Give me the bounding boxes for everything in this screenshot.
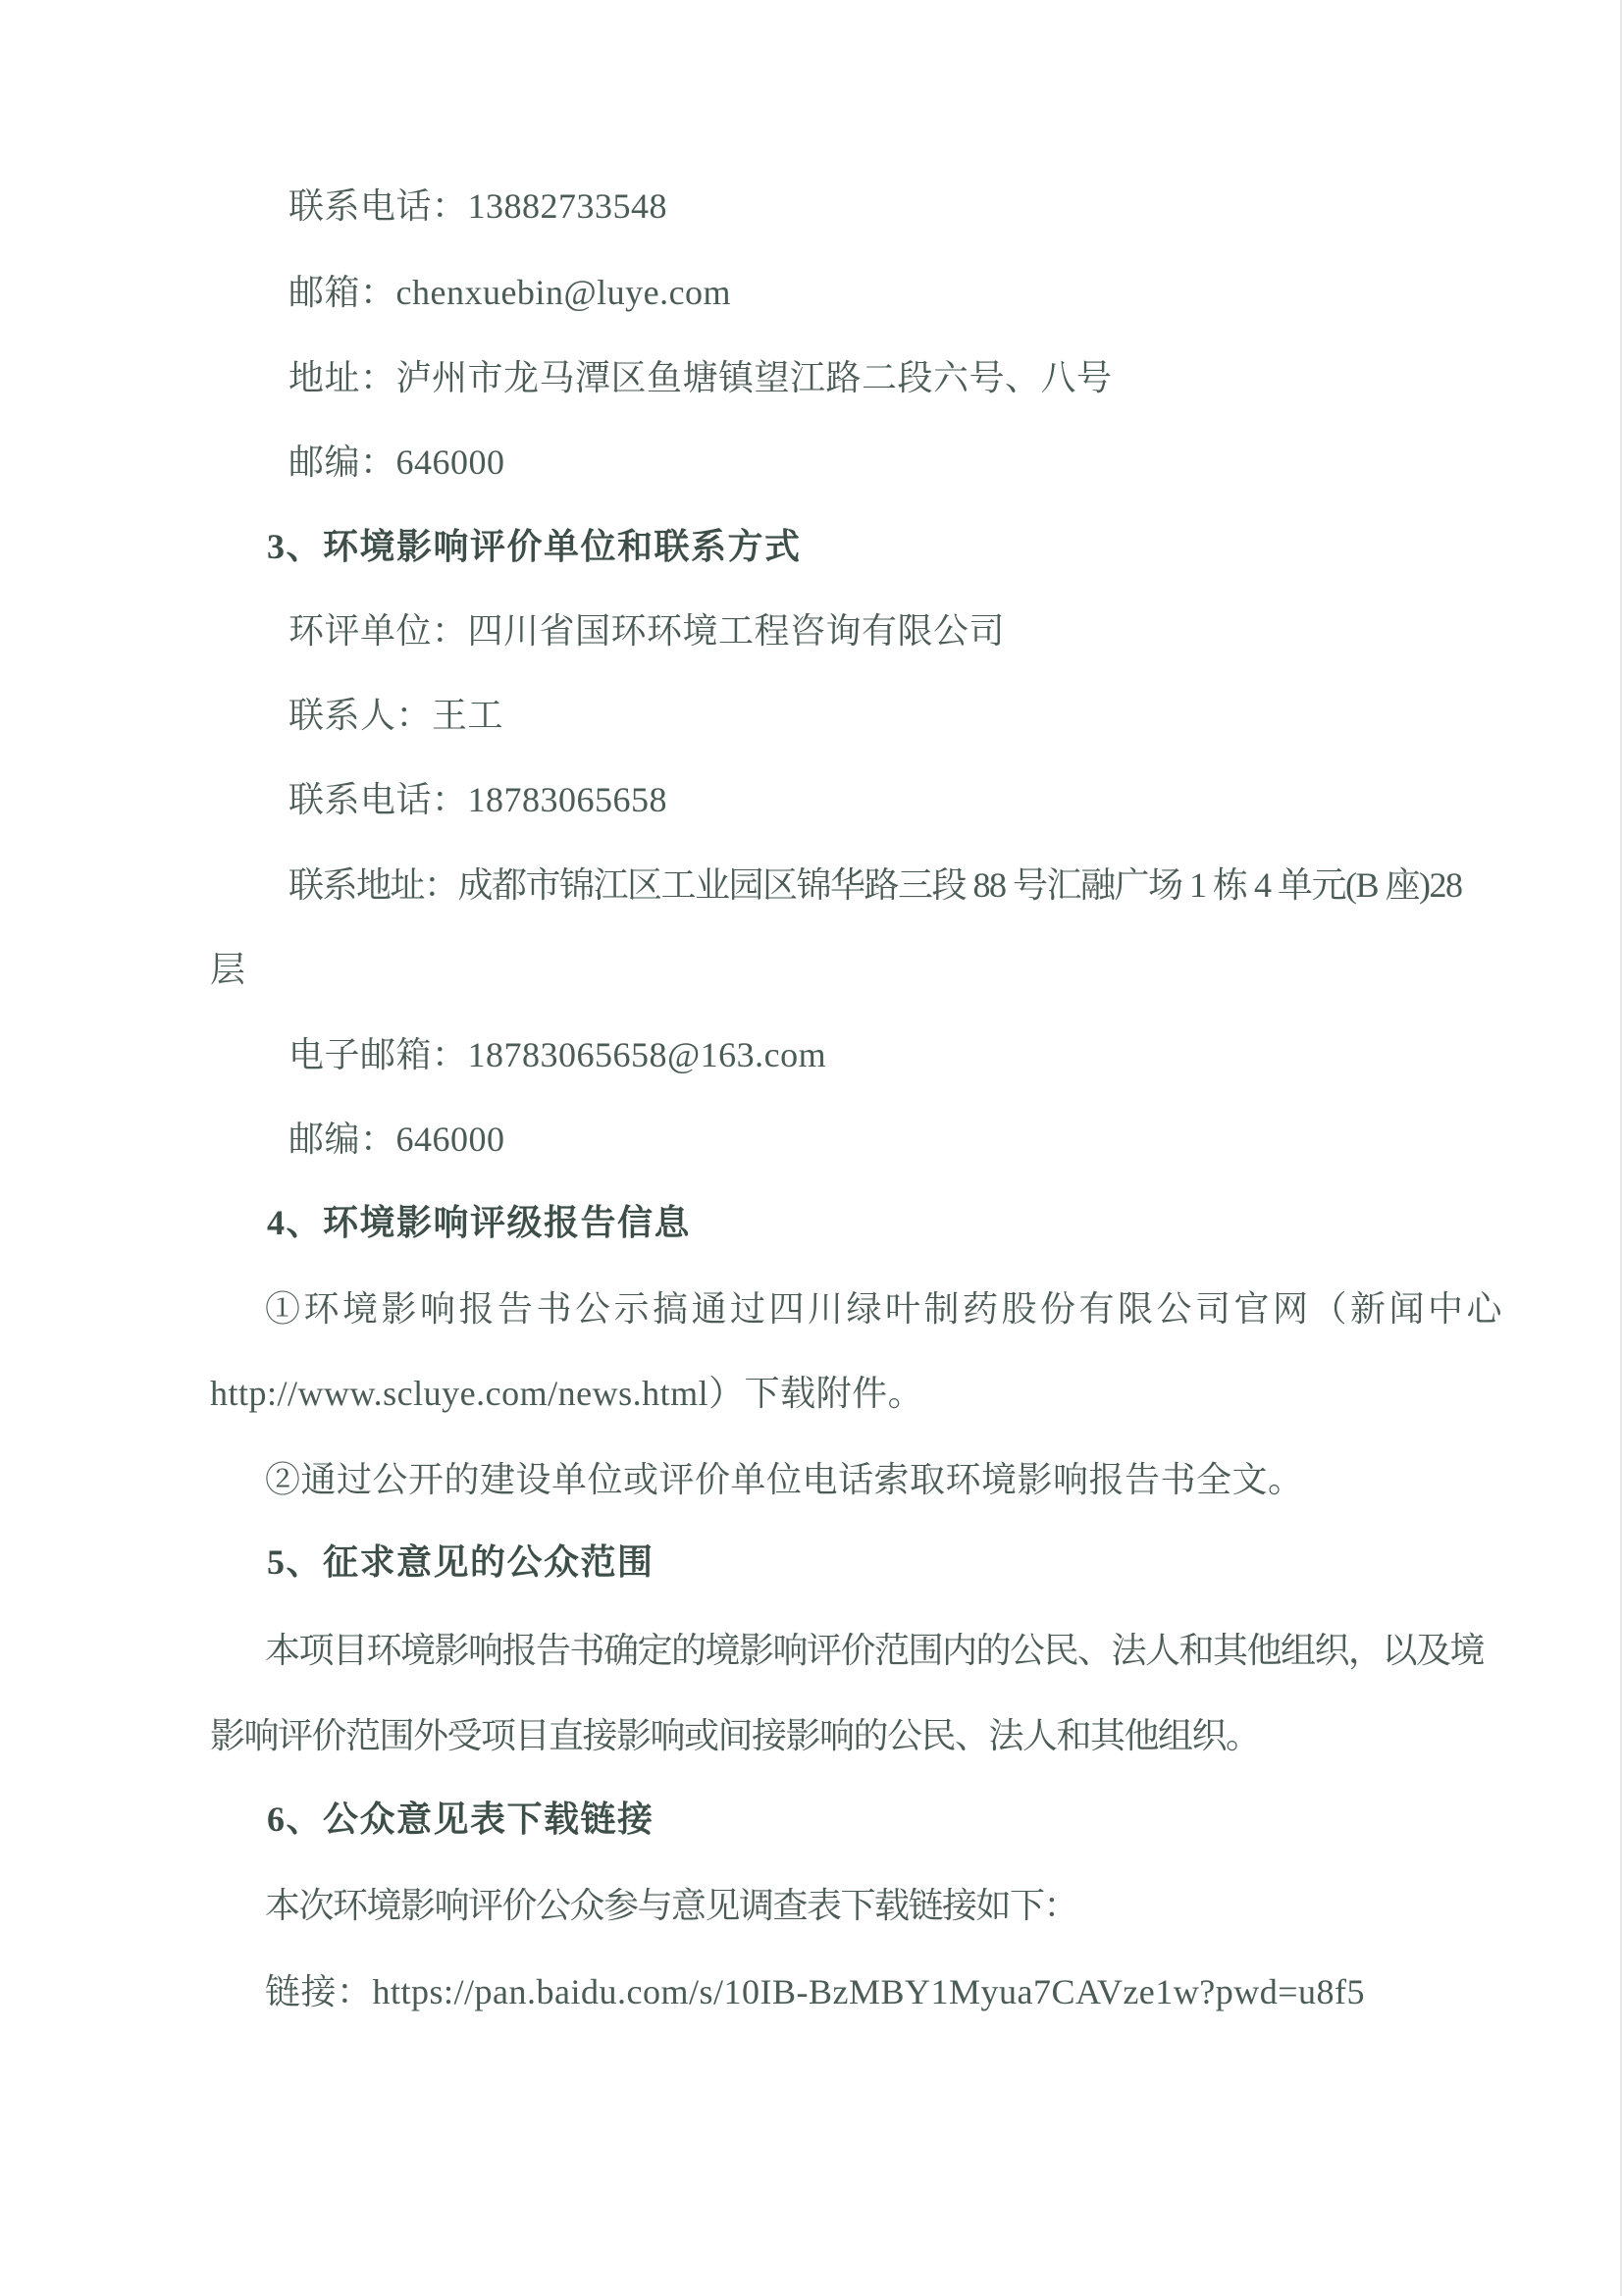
- eia-address-line: 联系地址：成都市锦江区工业园区锦华路三段 88 号汇融广场 1 栋 4 单元(B…: [210, 863, 1594, 907]
- report-access-item1-wrap-line: http://www.scluye.com/news.html）下载附件。: [210, 1372, 1515, 1415]
- public-scope-line1: 本项目环境影响报告书确定的境影响评价范围内的公民、法人和其他组织，以及境: [210, 1629, 1570, 1672]
- scan-edge-line: [1620, 0, 1622, 2296]
- download-link-line: 链接：https://pan.baidu.com/s/10IB-BzMBY1My…: [210, 1970, 1570, 2013]
- contact-email-line: 邮箱：chenxuebin@luye.com: [210, 271, 1594, 314]
- section-5-heading: 5、征求意见的公众范围: [210, 1540, 1572, 1584]
- public-scope-line2: 影响评价范围外受项目直接影响或间接影响的公民、法人和其他组织。: [210, 1714, 1515, 1757]
- section-6-heading: 6、公众意见表下载链接: [210, 1798, 1572, 1841]
- eia-contact-person-line: 联系人：王工: [210, 694, 1594, 737]
- contact-phone-line: 联系电话：13882733548: [210, 184, 1594, 228]
- contact-address-line: 地址：泸州市龙马潭区鱼塘镇望江路二段六号、八号: [210, 356, 1594, 399]
- report-access-item1-line: ①环境影响报告书公示搞通过四川绿叶制药股份有限公司官网（新闻中心: [210, 1287, 1570, 1331]
- scanned-document-page: 联系电话：13882733548 邮箱：chenxuebin@luye.com …: [0, 0, 1623, 2296]
- report-access-item2-line: ②通过公开的建设单位或评价单位电话索取环境影响报告书全文。: [210, 1458, 1570, 1501]
- contact-postcode-line: 邮编：646000: [210, 441, 1594, 484]
- eia-phone-line: 联系电话：18783065658: [210, 778, 1594, 821]
- eia-email-line: 电子邮箱：18783065658@163.com: [210, 1033, 1594, 1076]
- eia-unit-line: 环评单位：四川省国环环境工程咨询有限公司: [210, 609, 1594, 652]
- eia-postcode-line: 邮编：646000: [210, 1118, 1594, 1161]
- eia-address-wrap-line: 层: [210, 948, 1515, 991]
- download-intro-line: 本次环境影响评价公众参与意见调查表下载链接如下：: [210, 1884, 1570, 1927]
- section-4-heading: 4、环境影响评级报告信息: [210, 1201, 1572, 1244]
- section-3-heading: 3、环境影响评价单位和联系方式: [210, 525, 1572, 568]
